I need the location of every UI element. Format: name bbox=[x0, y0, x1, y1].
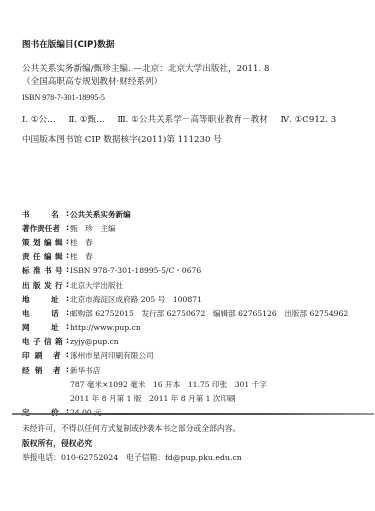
imprint-label: 网址: bbox=[22, 322, 69, 333]
imprint-value: 甄 珍 主编 bbox=[69, 223, 116, 234]
classification-2: Ⅱ. ①甄… bbox=[68, 115, 104, 125]
imprint-row: 著作责任者:甄 珍 主编 bbox=[22, 221, 348, 235]
cip-bibliographic-line: 公共关系实务新编/甄珍主编. —北京：北京大学出版社，2011. 8 bbox=[22, 62, 269, 74]
imprint-row: 标准书号:ISBN 978-7-301-18995-5/C・0676 bbox=[22, 264, 348, 278]
imprint-row: 787 毫米×1092 毫米 16 开本 11.75 印张 301 千字 bbox=[22, 377, 348, 391]
imprint-value: 公共关系实务新编 bbox=[69, 209, 131, 220]
imprint-row: 电话:邮购部 62752015 发行部 62750672 编辑部 6276512… bbox=[22, 306, 348, 320]
imprint-row: 责任编辑:桂 春 bbox=[22, 250, 348, 264]
imprint-row: 2011 年 8 月第 1 版 2011 年 8 月第 1 次印刷 bbox=[22, 391, 348, 405]
cip-title: 图书在版编目(CIP)数据 bbox=[22, 38, 114, 50]
imprint-label: 印刷者: bbox=[22, 350, 69, 361]
cip-number: 中国版本图书馆 CIP 数据核字(2011)第 111230 号 bbox=[22, 133, 222, 145]
rights-reserved: 版权所有，侵权必究 bbox=[22, 438, 92, 449]
divider-rule bbox=[12, 413, 374, 415]
imprint-row: 电子信箱:zyjy@pup.cn bbox=[22, 335, 348, 349]
imprint-label: 经销者: bbox=[22, 365, 69, 376]
imprint-label: 电子信箱: bbox=[22, 336, 69, 347]
cip-series-line: （全国高职高专规划教材·财经系列） bbox=[22, 75, 162, 87]
imprint-row: 出版发行:北京大学出版社 bbox=[22, 278, 348, 292]
imprint-label: 地址: bbox=[22, 294, 69, 305]
imprint-label: 著作责任者: bbox=[22, 223, 69, 234]
imprint-value: zyjy@pup.cn bbox=[69, 337, 119, 346]
imprint-value: 787 毫米×1092 毫米 16 开本 11.75 印张 301 千字 bbox=[69, 379, 267, 390]
imprint-row: 经销者:新华书店 bbox=[22, 363, 348, 377]
imprint-value: 新华书店 bbox=[69, 365, 100, 376]
copyright-notice: 未经许可，不得以任何方式复制或抄袭本书之部分或全部内容。 bbox=[22, 423, 240, 434]
classification-3: Ⅲ. ①公共关系学－高等职业教育－教材 bbox=[117, 115, 267, 125]
classification-4: Ⅳ. ①C912. 3 bbox=[281, 115, 337, 125]
imprint-info-block: 书名:公共关系实务新编著作责任者:甄 珍 主编策划编辑:桂 春责任编辑:桂 春标… bbox=[22, 207, 348, 420]
imprint-row: 网址:http://www.pup.cn bbox=[22, 321, 348, 335]
imprint-value: 桂 春 bbox=[69, 237, 93, 248]
cip-isbn: ISBN 978-7-301-18995-5 bbox=[22, 93, 105, 102]
imprint-row: 书名:公共关系实务新编 bbox=[22, 207, 348, 221]
cip-classification: Ⅰ. ①公… Ⅱ. ①甄… Ⅲ. ①公共关系学－高等职业教育－教材 Ⅳ. ①C9… bbox=[22, 113, 346, 125]
imprint-label: 书名: bbox=[22, 209, 69, 220]
imprint-value: 桂 春 bbox=[69, 251, 93, 262]
classification-1: Ⅰ. ①公… bbox=[22, 115, 56, 125]
imprint-label: 标准书号: bbox=[22, 265, 69, 276]
report-contact: 举报电话：010-62752024 电子信箱：fd@pup.pku.edu.cn bbox=[22, 452, 242, 463]
imprint-value: 2011 年 8 月第 1 版 2011 年 8 月第 1 次印刷 bbox=[69, 393, 236, 404]
imprint-value: 邮购部 62752015 发行部 62750672 编辑部 62765126 出… bbox=[69, 308, 348, 319]
imprint-label: 出版发行: bbox=[22, 280, 69, 291]
imprint-row: 地址:北京市海淀区成府路 205 号 100871 bbox=[22, 292, 348, 306]
imprint-label: 责任编辑: bbox=[22, 251, 69, 262]
imprint-value: 北京大学出版社 bbox=[69, 280, 123, 291]
imprint-label: 电话: bbox=[22, 308, 69, 319]
imprint-label: 策划编辑: bbox=[22, 237, 69, 248]
imprint-value: http://www.pup.cn bbox=[69, 323, 141, 332]
imprint-row: 策划编辑:桂 春 bbox=[22, 235, 348, 249]
imprint-value: ISBN 978-7-301-18995-5/C・0676 bbox=[69, 265, 201, 276]
imprint-value: 涿州市星河印刷有限公司 bbox=[69, 350, 154, 361]
imprint-value: 北京市海淀区成府路 205 号 100871 bbox=[69, 294, 202, 305]
imprint-row: 印刷者:涿州市星河印刷有限公司 bbox=[22, 349, 348, 363]
